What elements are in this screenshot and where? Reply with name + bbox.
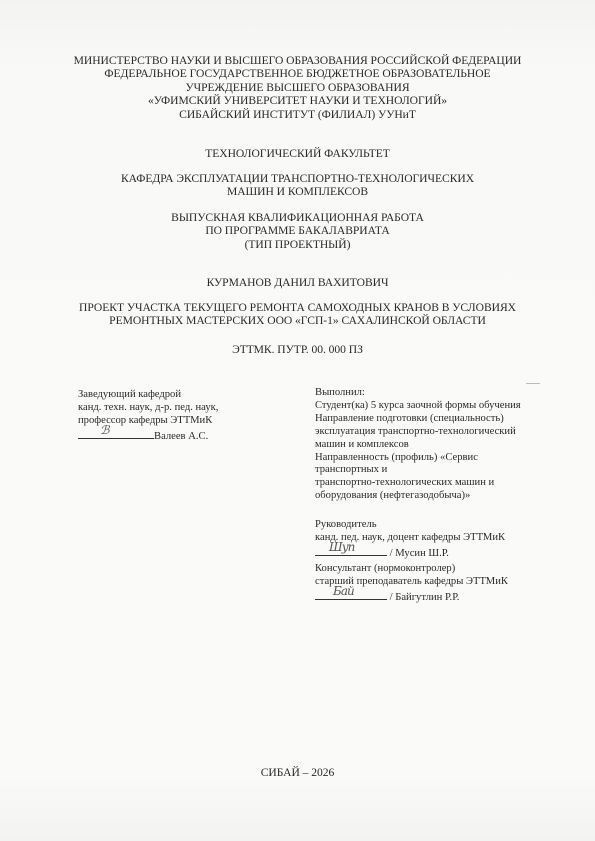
department-line: КАФЕДРА ЭКСПЛУАТАЦИИ ТРАНСПОРТНО-ТЕХНОЛО… (0, 172, 595, 185)
department-title: КАФЕДРА ЭКСПЛУАТАЦИИ ТРАНСПОРТНО-ТЕХНОЛО… (0, 172, 595, 199)
student-name-line: КУРМАНОВ ДАНИЛ ВАХИТОВИЧ (0, 276, 595, 289)
signature-line: ℬ (78, 428, 154, 439)
signature-line: Шуп (315, 545, 387, 556)
performer-line: Выполнил: (315, 387, 521, 400)
supervisor-name: / Мусин Ш.Р. (390, 548, 449, 559)
document-code: ЭТТМК. ПУТР. 00. 000 ПЗ (0, 343, 595, 356)
topic-line: ПРОЕКТ УЧАСТКА ТЕКУЩЕГО РЕМОНТА САМОХОДН… (0, 301, 595, 314)
header-line: МИНИСТЕРСТВО НАУКИ И ВЫСШЕГО ОБРАЗОВАНИЯ… (0, 54, 595, 67)
signature-mark: ℬ (100, 424, 108, 437)
head-line: канд. техн. наук, д-р. пед. наук, (78, 402, 218, 415)
performer-line: транспортно-технологических машин и (315, 477, 521, 490)
performer-line: Направленность (профиль) «Сервис (315, 452, 521, 465)
signature-mark: Шуп (329, 541, 354, 554)
consultant-name: / Байгутлин Р.Р. (390, 592, 460, 603)
scan-artifact (526, 383, 540, 384)
signature-line: Бай (315, 589, 387, 600)
topic-line: РЕМОНТНЫХ МАСТЕРСКИХ ООО «ГСП-1» САХАЛИН… (0, 314, 595, 327)
consultant-signature-row: Бай / Байгутлин Р.Р. (315, 589, 508, 605)
performer-line: эксплуатация транспортно-технологический (315, 426, 521, 439)
header-line: «УФИМСКИЙ УНИВЕРСИТЕТ НАУКИ И ТЕХНОЛОГИЙ… (0, 94, 595, 107)
performer-line: машин и комплексов (315, 439, 521, 452)
institution-header: МИНИСТЕРСТВО НАУКИ И ВЫСШЕГО ОБРАЗОВАНИЯ… (0, 54, 595, 121)
signature-mark: Бай (333, 585, 354, 598)
consultant-block: Консультант (нормоконтролер) старший пре… (315, 563, 508, 605)
department-line: МАШИН И КОМПЛЕКСОВ (0, 185, 595, 198)
faculty-line: ТЕХНОЛОГИЧЕСКИЙ ФАКУЛЬТЕТ (0, 147, 595, 160)
supervisor-line: Руководитель (315, 519, 505, 532)
performer-line: оборудования (нефтегазодобыча)» (315, 490, 521, 503)
performer-line: Студент(ка) 5 курса заочной формы обучен… (315, 400, 521, 413)
document-page: МИНИСТЕРСТВО НАУКИ И ВЫСШЕГО ОБРАЗОВАНИЯ… (0, 0, 595, 841)
document-code-line: ЭТТМК. ПУТР. 00. 000 ПЗ (0, 343, 595, 356)
performer-block: Выполнил: Студент(ка) 5 курса заочной фо… (315, 387, 521, 503)
work-type-title: ВЫПУСКНАЯ КВАЛИФИКАЦИОННАЯ РАБОТА ПО ПРО… (0, 211, 595, 251)
head-line: Заведующий кафедрой (78, 389, 218, 402)
performer-line: Направление подготовки (специальность) (315, 413, 521, 426)
head-name: Валеев А.С. (154, 431, 208, 442)
performer-line: транспортных и (315, 464, 521, 477)
supervisor-signature-row: Шуп / Мусин Ш.Р. (315, 545, 505, 561)
head-signature-row: ℬ Валеев А.С. (78, 428, 218, 444)
supervisor-block: Руководитель канд. пед. наук, доцент каф… (315, 519, 505, 561)
footer-line: СИБАЙ – 2026 (0, 766, 595, 779)
head-of-department-block: Заведующий кафедрой канд. техн. наук, д-… (78, 389, 218, 444)
work-type-line: ВЫПУСКНАЯ КВАЛИФИКАЦИОННАЯ РАБОТА (0, 211, 595, 224)
thesis-topic: ПРОЕКТ УЧАСТКА ТЕКУЩЕГО РЕМОНТА САМОХОДН… (0, 301, 595, 328)
work-type-line: ПО ПРОГРАММЕ БАКАЛАВРИАТА (0, 224, 595, 237)
student-name: КУРМАНОВ ДАНИЛ ВАХИТОВИЧ (0, 276, 595, 289)
consultant-line: Консультант (нормоконтролер) (315, 563, 508, 576)
header-line: ФЕДЕРАЛЬНОЕ ГОСУДАРСТВЕННОЕ БЮДЖЕТНОЕ ОБ… (0, 67, 595, 80)
city-year-footer: СИБАЙ – 2026 (0, 766, 595, 779)
faculty-title: ТЕХНОЛОГИЧЕСКИЙ ФАКУЛЬТЕТ (0, 147, 595, 160)
work-type-line: (ТИП ПРОЕКТНЫЙ) (0, 238, 595, 251)
header-line: СИБАЙСКИЙ ИНСТИТУТ (ФИЛИАЛ) УУНиТ (0, 108, 595, 121)
header-line: УЧРЕЖДЕНИЕ ВЫСШЕГО ОБРАЗОВАНИЯ (0, 81, 595, 94)
